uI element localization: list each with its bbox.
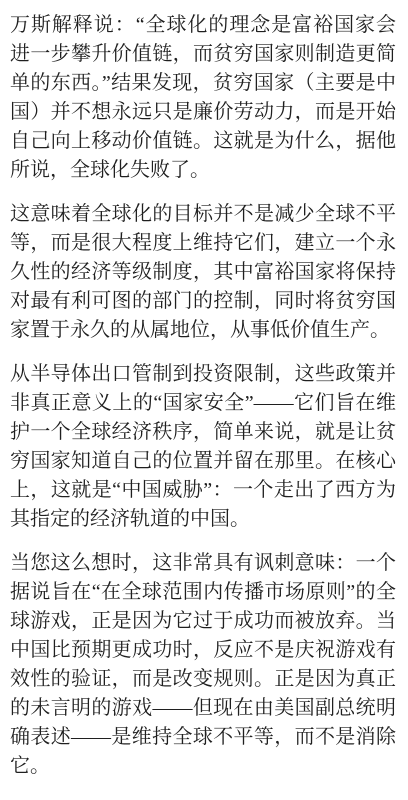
paragraph-irony: 当您这么想时，这非常具有讽刺意味：一个据说旨在“在全球范围内传播市场原则”的全球…	[10, 549, 396, 781]
paragraph-globalization-goal: 这意味着全球化的目标并不是减少全球不平等，而是很大程度上维持它们，建立一个永久性…	[10, 200, 396, 345]
paragraph-export-controls: 从半导体出口管制到投资限制，这些政策并非真正意义上的“国家安全”——它们旨在维护…	[10, 360, 396, 534]
article-body: 万斯解释说：“全球化的理念是富裕国家会进一步攀升价值链，而贫穷国家则制造更简单的…	[10, 11, 396, 781]
article-page: 万斯解释说：“全球化的理念是富裕国家会进一步攀升价值链，而贫穷国家则制造更简单的…	[0, 0, 408, 800]
paragraph-vance-quote: 万斯解释说：“全球化的理念是富裕国家会进一步攀升价值链，而贫穷国家则制造更简单的…	[10, 11, 396, 185]
